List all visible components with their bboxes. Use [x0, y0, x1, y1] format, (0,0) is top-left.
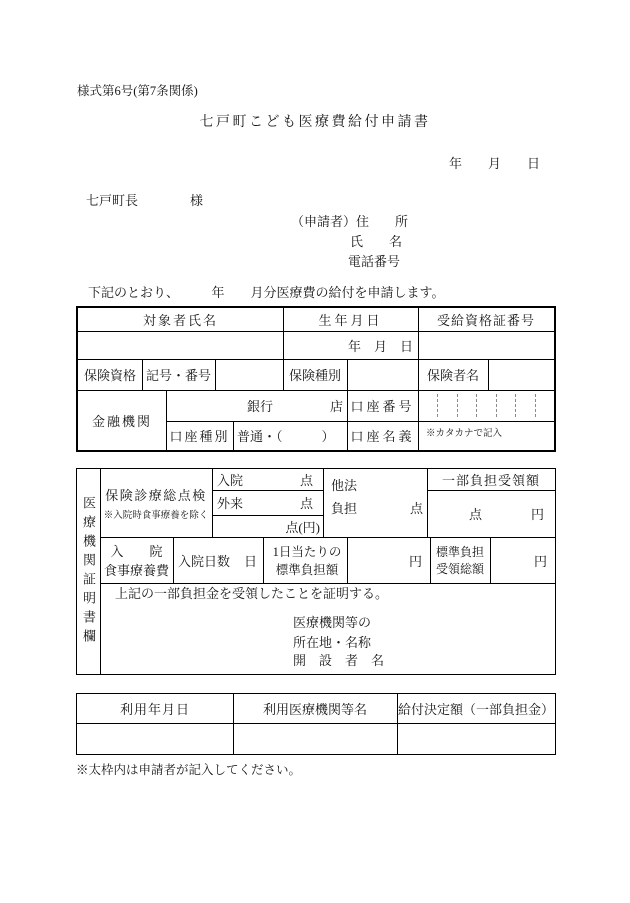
financial-institution-label: 金融機関 — [78, 390, 166, 450]
inpatient-unit: 点 — [300, 470, 313, 489]
insurance-qualification-label: 保険資格 — [78, 359, 142, 390]
grid-line — [78, 331, 554, 332]
other-law-label-1: 他法 — [331, 475, 357, 494]
per-day-label-line1: 1日当たりの — [273, 542, 342, 560]
grid-line — [100, 537, 555, 538]
standard-label-line1: 標準負担 — [436, 543, 484, 560]
grid-line — [283, 359, 284, 390]
org-label-line2: 所在地・名称 — [293, 635, 371, 651]
dotted-divider — [496, 394, 497, 417]
grid-line — [323, 469, 324, 537]
standard-yen-unit: 円 — [490, 537, 555, 583]
branch-label: 店 — [330, 396, 343, 415]
insurer-name-label: 保険者名 — [418, 359, 488, 390]
grid-line — [347, 537, 348, 583]
dotted-divider — [476, 394, 477, 417]
inpatient-label: 入院 — [217, 470, 243, 489]
amount-header: 給付決定額（一部負担金） — [397, 694, 555, 723]
institution-input-cell — [233, 723, 397, 754]
grid-line — [166, 421, 554, 422]
bank-label: 銀行 — [247, 396, 273, 415]
birthdate-header: 生年月日 — [283, 308, 418, 331]
subject-name-input-cell — [78, 331, 283, 359]
grid-line — [142, 359, 143, 390]
addressee-line: 七戸町長 様 — [86, 193, 203, 209]
outpatient-unit: 点 — [300, 493, 313, 512]
subject-name-header: 対象者氏名 — [78, 308, 283, 331]
dotted-divider — [457, 394, 458, 417]
grid-line — [418, 308, 419, 359]
other-law-label-2: 負担 — [331, 498, 357, 517]
certificate-no-header: 受給資格証番号 — [418, 308, 554, 331]
katakana-note: ※カタカナで記入 — [418, 421, 554, 450]
grid-line — [283, 308, 284, 359]
certification-sentence: 上記の一部負担金を受領したことを証明する。 — [115, 586, 388, 602]
other-law-unit: 点 — [410, 498, 423, 517]
grid-line — [427, 469, 428, 537]
copay-header: 一部負担受領額 — [427, 469, 555, 490]
hospital-days-unit: 日 — [244, 551, 257, 570]
insurance-type-input-cell — [347, 359, 418, 390]
applicant-name-label: 氏 名 — [350, 234, 402, 250]
grid-line — [347, 390, 348, 450]
per-day-yen-unit: 円 — [347, 537, 430, 583]
institution-header: 利用医療機関等名 — [233, 694, 397, 723]
bank-input-cell: 銀行 店 — [166, 390, 347, 421]
symbol-number-label: 記号・番号 — [142, 359, 215, 390]
insurance-type-label: 保険種別 — [283, 359, 347, 390]
hospital-days-label: 入院日数 — [178, 551, 230, 570]
account-type-label: 口座種別 — [166, 421, 233, 450]
certificate-no-input-cell — [418, 331, 554, 359]
grid-line — [418, 390, 419, 450]
grid-line — [77, 723, 555, 724]
account-number-digits-cell — [418, 390, 554, 421]
grid-line — [397, 694, 398, 754]
grid-line — [100, 469, 101, 674]
application-form-page: 様式第6号(第7条関係) 七戸町こども医療費給付申請書 年 月 日 七戸町長 様… — [0, 0, 630, 903]
grid-line — [430, 537, 431, 583]
grid-line — [490, 537, 491, 583]
dotted-divider — [515, 394, 516, 417]
applicant-prefix-label: （申請者） — [291, 214, 356, 229]
applicant-address-label: 住 所 — [356, 214, 408, 229]
birthdate-placeholder: 年 月 日 — [283, 331, 418, 359]
amount-input-cell — [397, 723, 555, 754]
applicant-phone-label: 電話番号 — [348, 254, 400, 270]
copay-point-unit: 点 — [469, 504, 482, 523]
grid-line — [100, 583, 555, 584]
grid-line — [215, 359, 216, 390]
grid-line — [263, 537, 264, 583]
grid-line — [212, 490, 323, 491]
grid-line — [78, 359, 554, 360]
date-line: 年 月 日 — [449, 156, 540, 172]
symbol-number-input-cell — [215, 359, 283, 390]
total-points-label: 保険診療総点検 — [105, 485, 207, 504]
certificate-side-label: 医療機関証明書欄 — [77, 469, 100, 674]
grid-line — [488, 359, 489, 390]
grid-line — [233, 421, 234, 450]
medical-certificate-table: 医療機関証明書欄 保険診療総点検 ※入院時食事療養を除く 入院 点 外来 点 点… — [76, 468, 556, 675]
insurer-name-input-cell — [488, 359, 554, 390]
subtotal-unit: 点(円) — [212, 515, 323, 537]
account-holder-label: 口座名義 — [347, 421, 418, 450]
dotted-divider — [535, 394, 536, 417]
total-points-note: ※入院時食事療養を除く — [104, 507, 209, 521]
usage-date-header: 利用年月日 — [77, 694, 233, 723]
standard-label-line2: 受領総額 — [436, 560, 484, 577]
dotted-divider — [437, 394, 438, 417]
outpatient-label: 外来 — [217, 493, 243, 512]
grid-line — [427, 490, 555, 491]
form-title: 七戸町こども医療費給付申請書 — [0, 115, 630, 132]
grid-line — [347, 359, 348, 390]
meal-label-line2: 食事療養費 — [104, 560, 169, 579]
grid-line — [166, 390, 167, 450]
grid-line — [173, 537, 174, 583]
applicant-table: 対象者氏名 生年月日 受給資格証番号 年 月 日 保険資格 記号・番号 保険種別… — [76, 306, 556, 452]
applicant-address-line: （申請者）住 所 — [291, 214, 408, 230]
grid-line — [212, 469, 213, 537]
org-label-line1: 医療機関等の — [293, 615, 371, 631]
account-number-label: 口座番号 — [347, 390, 418, 421]
form-number: 様式第6号(第7条関係) — [77, 84, 198, 99]
meal-label-line1: 入 院 — [110, 541, 162, 560]
grid-line — [418, 359, 419, 390]
org-label-line3: 開 設 者 名 — [293, 653, 384, 669]
per-day-label-line2: 標準負担額 — [276, 560, 339, 578]
account-type-value: 普通・（ ） — [233, 421, 347, 450]
grid-line — [233, 694, 234, 754]
grid-line — [78, 390, 554, 391]
grid-line — [212, 515, 323, 516]
usage-date-input-cell — [77, 723, 233, 754]
benefit-decision-table: 利用年月日 利用医療機関等名 給付決定額（一部負担金） — [76, 693, 556, 755]
copay-yen-unit: 円 — [531, 504, 544, 523]
footnote: ※太枠内は申請者が記入してください。 — [76, 763, 301, 778]
declaration-line: 下記のとおり、 年 月分医療費の給付を申請します。 — [88, 285, 444, 301]
